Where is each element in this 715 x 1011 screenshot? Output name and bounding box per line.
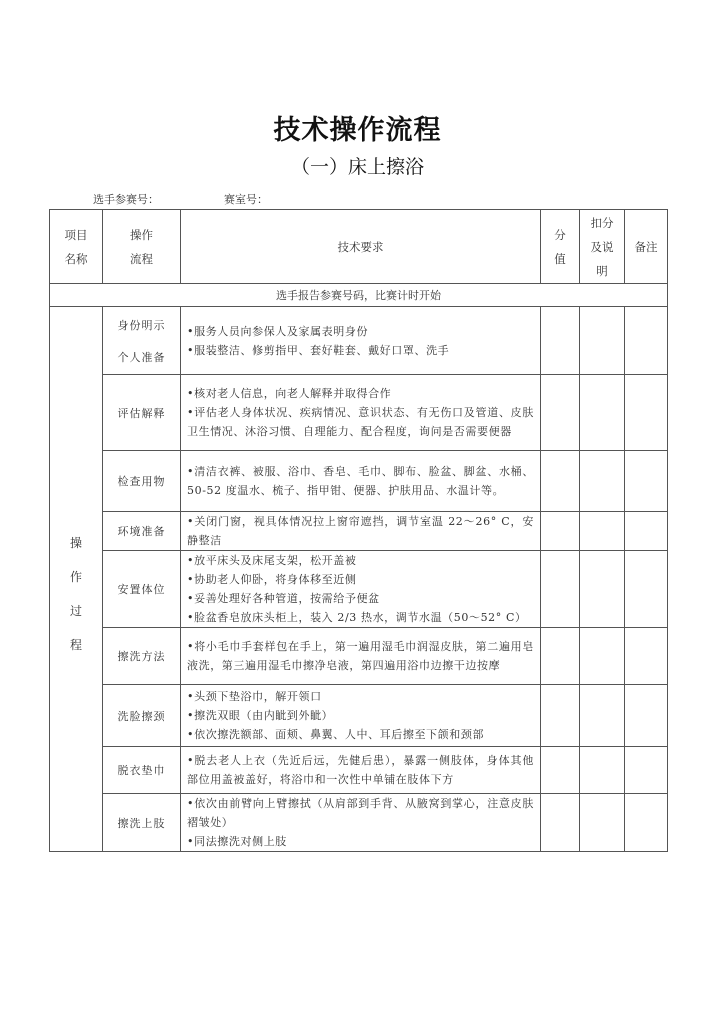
score-cell[interactable] <box>541 628 580 685</box>
requirement-item: •脸盆香皂放床头柜上，装入 2/3 热水，调节水温（50～52° C） <box>187 608 534 627</box>
requirement-item: •依次由前臂向上臂擦拭（从肩部到手背、从腋窝到掌心，注意皮肤褶皱处） <box>187 794 534 832</box>
table-row: 洗脸擦颈 •头颈下垫浴巾，解开领口 •擦洗双眼（由内眦到外眦） •依次擦洗额部、… <box>50 685 668 747</box>
header-text: 扣分 <box>580 211 624 235</box>
requirement-item: •服装整洁、修剪指甲、套好鞋套、戴好口罩、洗手 <box>187 341 534 360</box>
header-text: 及说 <box>580 235 624 259</box>
header-text: 流程 <box>103 247 180 271</box>
score-cell[interactable] <box>541 685 580 747</box>
step-name: 擦洗上肢 <box>103 794 181 852</box>
deduction-cell[interactable] <box>580 685 625 747</box>
step-name: 脱衣垫巾 <box>103 747 181 794</box>
requirement-item: •头颈下垫浴巾，解开领口 <box>187 687 534 706</box>
requirement-item: •擦洗双眼（由内眦到外眦） <box>187 706 534 725</box>
header-project-name: 项目 名称 <box>50 210 103 284</box>
header-remarks: 备注 <box>625 210 668 284</box>
table-row: 操 作 过 程 身份明示 个人准备 •服务人员向参保人及家属表明身份 •服装整洁… <box>50 307 668 375</box>
table-row: 评估解释 •核对老人信息，向老人解释并取得合作 •评估老人身体状况、疾病情况、意… <box>50 375 668 451</box>
start-banner: 选手报告参赛号码，比赛计时开始 <box>50 284 668 307</box>
start-banner-row: 选手报告参赛号码，比赛计时开始 <box>50 284 668 307</box>
category-char: 程 <box>50 628 102 662</box>
header-text: 名称 <box>50 247 102 271</box>
requirements-cell: •核对老人信息，向老人解释并取得合作 •评估老人身体状况、疾病情况、意识状态、有… <box>181 375 541 451</box>
score-cell[interactable] <box>541 551 580 628</box>
remarks-cell[interactable] <box>625 685 668 747</box>
score-cell[interactable] <box>541 375 580 451</box>
category-operation-process: 操 作 过 程 <box>50 307 103 852</box>
header-score: 分 值 <box>541 210 580 284</box>
requirement-item: •清洁衣裤、被服、浴巾、香皂、毛巾、脚布、脸盆、脚盆、水桶、50-52 度温水、… <box>187 462 534 500</box>
remarks-cell[interactable] <box>625 375 668 451</box>
deduction-cell[interactable] <box>580 375 625 451</box>
step-name: 身份明示 个人准备 <box>103 307 181 375</box>
requirement-item: •将小毛巾手套样包在手上，第一遍用湿毛巾润湿皮肤，第二遍用皂液洗，第三遍用湿毛巾… <box>187 637 534 675</box>
header-text: 操作 <box>103 223 180 247</box>
requirements-cell: •将小毛巾手套样包在手上，第一遍用湿毛巾润湿皮肤，第二遍用皂液洗，第三遍用湿毛巾… <box>181 628 541 685</box>
step-name: 评估解释 <box>103 375 181 451</box>
requirement-item: •服务人员向参保人及家属表明身份 <box>187 322 534 341</box>
deduction-cell[interactable] <box>580 628 625 685</box>
requirement-item: •依次擦洗额部、面颊、鼻翼、人中、耳后擦至下颌和颈部 <box>187 725 534 744</box>
header-text: 项目 <box>50 223 102 247</box>
deduction-cell[interactable] <box>580 307 625 375</box>
deduction-cell[interactable] <box>580 451 625 512</box>
requirements-cell: •脱去老人上衣（先近后远，先健后患），暴露一侧肢体，身体其他部位用盖被盖好，将浴… <box>181 747 541 794</box>
remarks-cell[interactable] <box>625 794 668 852</box>
table-row: 擦洗上肢 •依次由前臂向上臂擦拭（从肩部到手背、从腋窝到掌心，注意皮肤褶皱处） … <box>50 794 668 852</box>
table-row: 脱衣垫巾 •脱去老人上衣（先近后远，先健后患），暴露一侧肢体，身体其他部位用盖被… <box>50 747 668 794</box>
requirement-item: •脱去老人上衣（先近后远，先健后患），暴露一侧肢体，身体其他部位用盖被盖好，将浴… <box>187 751 534 789</box>
step-text: 个人准备 <box>103 349 180 365</box>
remarks-cell[interactable] <box>625 747 668 794</box>
requirements-cell: •依次由前臂向上臂擦拭（从肩部到手背、从腋窝到掌心，注意皮肤褶皱处） •同法擦洗… <box>181 794 541 852</box>
deduction-cell[interactable] <box>580 551 625 628</box>
deduction-cell[interactable] <box>580 794 625 852</box>
requirement-item: •协助老人仰卧，将身体移至近侧 <box>187 570 534 589</box>
room-number-label: 赛室号： <box>224 191 268 207</box>
requirement-item: •妥善处理好各种管道，按需给予便盆 <box>187 589 534 608</box>
table-row: 检查用物 •清洁衣裤、被服、浴巾、香皂、毛巾、脚布、脸盆、脚盆、水桶、50-52… <box>50 451 668 512</box>
step-name: 洗脸擦颈 <box>103 685 181 747</box>
requirements-cell: •放平床头及床尾支架，松开盖被 •协助老人仰卧，将身体移至近侧 •妥善处理好各种… <box>181 551 541 628</box>
category-char: 作 <box>50 560 102 594</box>
step-name: 擦洗方法 <box>103 628 181 685</box>
table-header-row: 项目 名称 操作 流程 技术要求 分 值 扣分 及说 明 备注 <box>50 210 668 284</box>
requirements-cell: •清洁衣裤、被服、浴巾、香皂、毛巾、脚布、脸盆、脚盆、水桶、50-52 度温水、… <box>181 451 541 512</box>
requirement-item: •关闭门窗，视具体情况拉上窗帘遮挡，调节室温 22～26° C，安静整洁 <box>187 512 534 550</box>
category-char: 过 <box>50 594 102 628</box>
deduction-cell[interactable] <box>580 512 625 551</box>
step-name: 检查用物 <box>103 451 181 512</box>
header-operation-flow: 操作 流程 <box>103 210 181 284</box>
header-deduction: 扣分 及说 明 <box>580 210 625 284</box>
requirements-cell: •头颈下垫浴巾，解开领口 •擦洗双眼（由内眦到外眦） •依次擦洗额部、面颊、鼻翼… <box>181 685 541 747</box>
remarks-cell[interactable] <box>625 551 668 628</box>
header-tech-requirements: 技术要求 <box>181 210 541 284</box>
step-name: 环境准备 <box>103 512 181 551</box>
document-subtitle: （一）床上擦浴 <box>0 152 715 179</box>
table-row: 安置体位 •放平床头及床尾支架，松开盖被 •协助老人仰卧，将身体移至近侧 •妥善… <box>50 551 668 628</box>
requirement-item: •评估老人身体状况、疾病情况、意识状态、有无伤口及管道、皮肤卫生情况、沐浴习惯、… <box>187 403 534 441</box>
remarks-cell[interactable] <box>625 512 668 551</box>
deduction-cell[interactable] <box>580 747 625 794</box>
score-cell[interactable] <box>541 794 580 852</box>
document-title: 技术操作流程 <box>0 108 715 147</box>
contestant-number-label: 选手参赛号： <box>93 191 159 207</box>
procedure-table: 项目 名称 操作 流程 技术要求 分 值 扣分 及说 明 备注 选手报告参赛号码… <box>49 209 668 852</box>
requirements-cell: •服务人员向参保人及家属表明身份 •服装整洁、修剪指甲、套好鞋套、戴好口罩、洗手 <box>181 307 541 375</box>
header-text: 值 <box>541 247 579 271</box>
step-text: 身份明示 <box>103 317 180 333</box>
header-text: 分 <box>541 223 579 247</box>
remarks-cell[interactable] <box>625 628 668 685</box>
score-cell[interactable] <box>541 307 580 375</box>
score-cell[interactable] <box>541 747 580 794</box>
table-row: 擦洗方法 •将小毛巾手套样包在手上，第一遍用湿毛巾润湿皮肤，第二遍用皂液洗，第三… <box>50 628 668 685</box>
score-cell[interactable] <box>541 512 580 551</box>
remarks-cell[interactable] <box>625 451 668 512</box>
requirement-item: •核对老人信息，向老人解释并取得合作 <box>187 384 534 403</box>
category-char: 操 <box>50 526 102 560</box>
requirements-cell: •关闭门窗，视具体情况拉上窗帘遮挡，调节室温 22～26° C，安静整洁 <box>181 512 541 551</box>
requirement-item: •放平床头及床尾支架，松开盖被 <box>187 551 534 570</box>
remarks-cell[interactable] <box>625 307 668 375</box>
requirement-item: •同法擦洗对侧上肢 <box>187 832 534 851</box>
table-row: 环境准备 •关闭门窗，视具体情况拉上窗帘遮挡，调节室温 22～26° C，安静整… <box>50 512 668 551</box>
step-name: 安置体位 <box>103 551 181 628</box>
header-text: 明 <box>580 259 624 283</box>
score-cell[interactable] <box>541 451 580 512</box>
